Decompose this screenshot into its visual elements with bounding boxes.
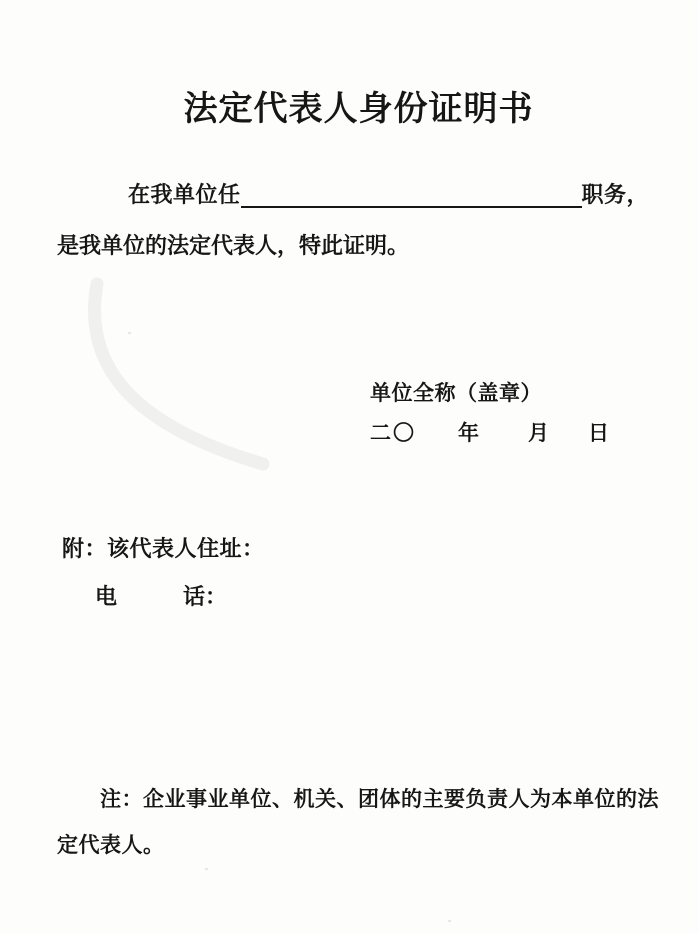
position-line-suffix: 职务， [582, 182, 650, 208]
scan-crease-artifact [55, 272, 315, 507]
date-year-prefix: 二〇 [370, 421, 416, 445]
date-line: 二〇 年 月 日 [0, 421, 699, 447]
telephone-label-left: 电 [95, 580, 117, 611]
scan-speck [448, 920, 451, 922]
scan-speck [128, 332, 131, 334]
document-page: 法定代表人身份证明书 在我单位任 职务， 是我单位的法定代表人，特此证明。 单位… [0, 0, 699, 933]
date-day-label: 日 [588, 421, 609, 445]
position-blank-field[interactable] [241, 183, 582, 208]
date-month-label: 月 [528, 421, 549, 445]
scan-speck [205, 868, 208, 870]
date-year-label: 年 [458, 421, 479, 445]
unit-seal-label: 单位全称（盖章） [370, 377, 542, 407]
document-title: 法定代表人身份证明书 [0, 81, 699, 130]
position-line-prefix: 在我单位任 [128, 182, 241, 208]
body-line-statement: 是我单位的法定代表人，特此证明。 [57, 229, 409, 260]
footnote-line-1: 注：企业事业单位、机关、团体的主要负责人为本单位的法 [100, 783, 659, 813]
footnote-line-2: 定代表人。 [57, 829, 165, 859]
attachment-telephone-line: 电 话： [0, 580, 699, 606]
attachment-address-label: 附：该代表人住址： [62, 532, 265, 563]
body-line-position: 在我单位任 职务， [128, 182, 649, 208]
telephone-label-right: 话： [183, 580, 227, 611]
